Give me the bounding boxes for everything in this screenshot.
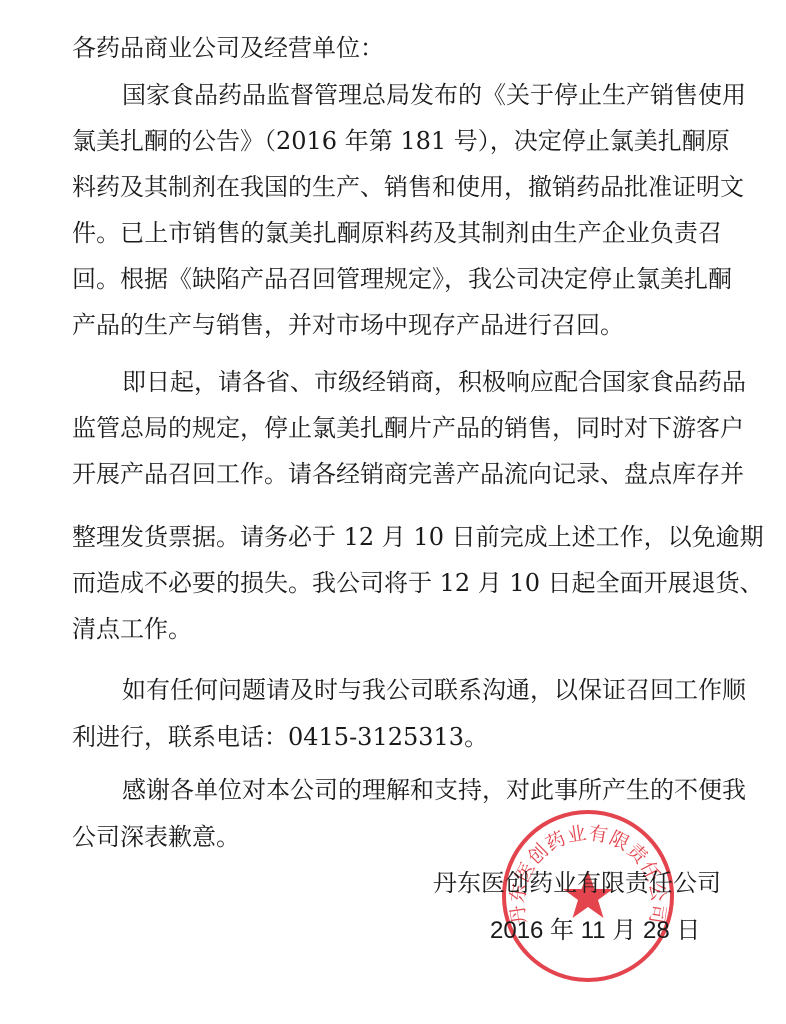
paragraph-2-line-2: 监管总局的规定，停止氯美扎酮片产品的销售，同时对下游客户 [72, 413, 722, 443]
paragraph-2-line-1: 即日起，请各省、市级经销商，积极响应配合国家食品药品 [122, 367, 722, 397]
paragraph-2-line-4: 整理发货票据。请务必于 12 月 10 日前完成上述工作，以免逾期 [72, 522, 722, 552]
salutation: 各药品商业公司及经营单位： [72, 33, 722, 63]
paragraph-1-line-3: 料药及其制剂在我国的生产、销售和使用，撤销药品批准证明文 [72, 172, 722, 202]
paragraph-1-line-1: 国家食品药品监督管理总局发布的《关于停止生产销售使用 [122, 80, 722, 110]
paragraph-2-line-5: 而造成不必要的损失。我公司将于 12 月 10 日起全面开展退货、 [72, 568, 722, 598]
paragraph-1-line-5: 回。根据《缺陷产品召回管理规定》，我公司决定停止氯美扎酮 [72, 264, 722, 294]
paragraph-2-line-6: 清点工作。 [72, 614, 722, 644]
paragraph-2-line-3: 开展产品召回工作。请各经销商完善产品流向记录、盘点库存并 [72, 459, 722, 489]
paragraph-3-line-2: 利进行，联系电话：0415-3125313。 [72, 722, 722, 752]
signature-date: 2016 年 11 月 28 日 [490, 916, 700, 946]
paragraph-3-line-1: 如有任何问题请及时与我公司联系沟通，以保证召回工作顺 [122, 675, 722, 705]
paragraph-4-line-1: 感谢各单位对本公司的理解和支持，对此事所产生的不便我 [122, 775, 722, 805]
paragraph-1-line-4: 件。已上市销售的氯美扎酮原料药及其制剂由生产企业负责召 [72, 218, 722, 248]
document-page: 各药品商业公司及经营单位： 国家食品药品监督管理总局发布的《关于停止生产销售使用… [0, 0, 786, 1024]
paragraph-1-line-6: 产品的生产与销售，并对市场中现存产品进行召回。 [72, 310, 722, 340]
paragraph-1-line-2: 氯美扎酮的公告》（2016 年第 181 号），决定停止氯美扎酮原 [72, 126, 722, 156]
signature-company: 丹东医创药业有限责任公司 [433, 868, 721, 898]
